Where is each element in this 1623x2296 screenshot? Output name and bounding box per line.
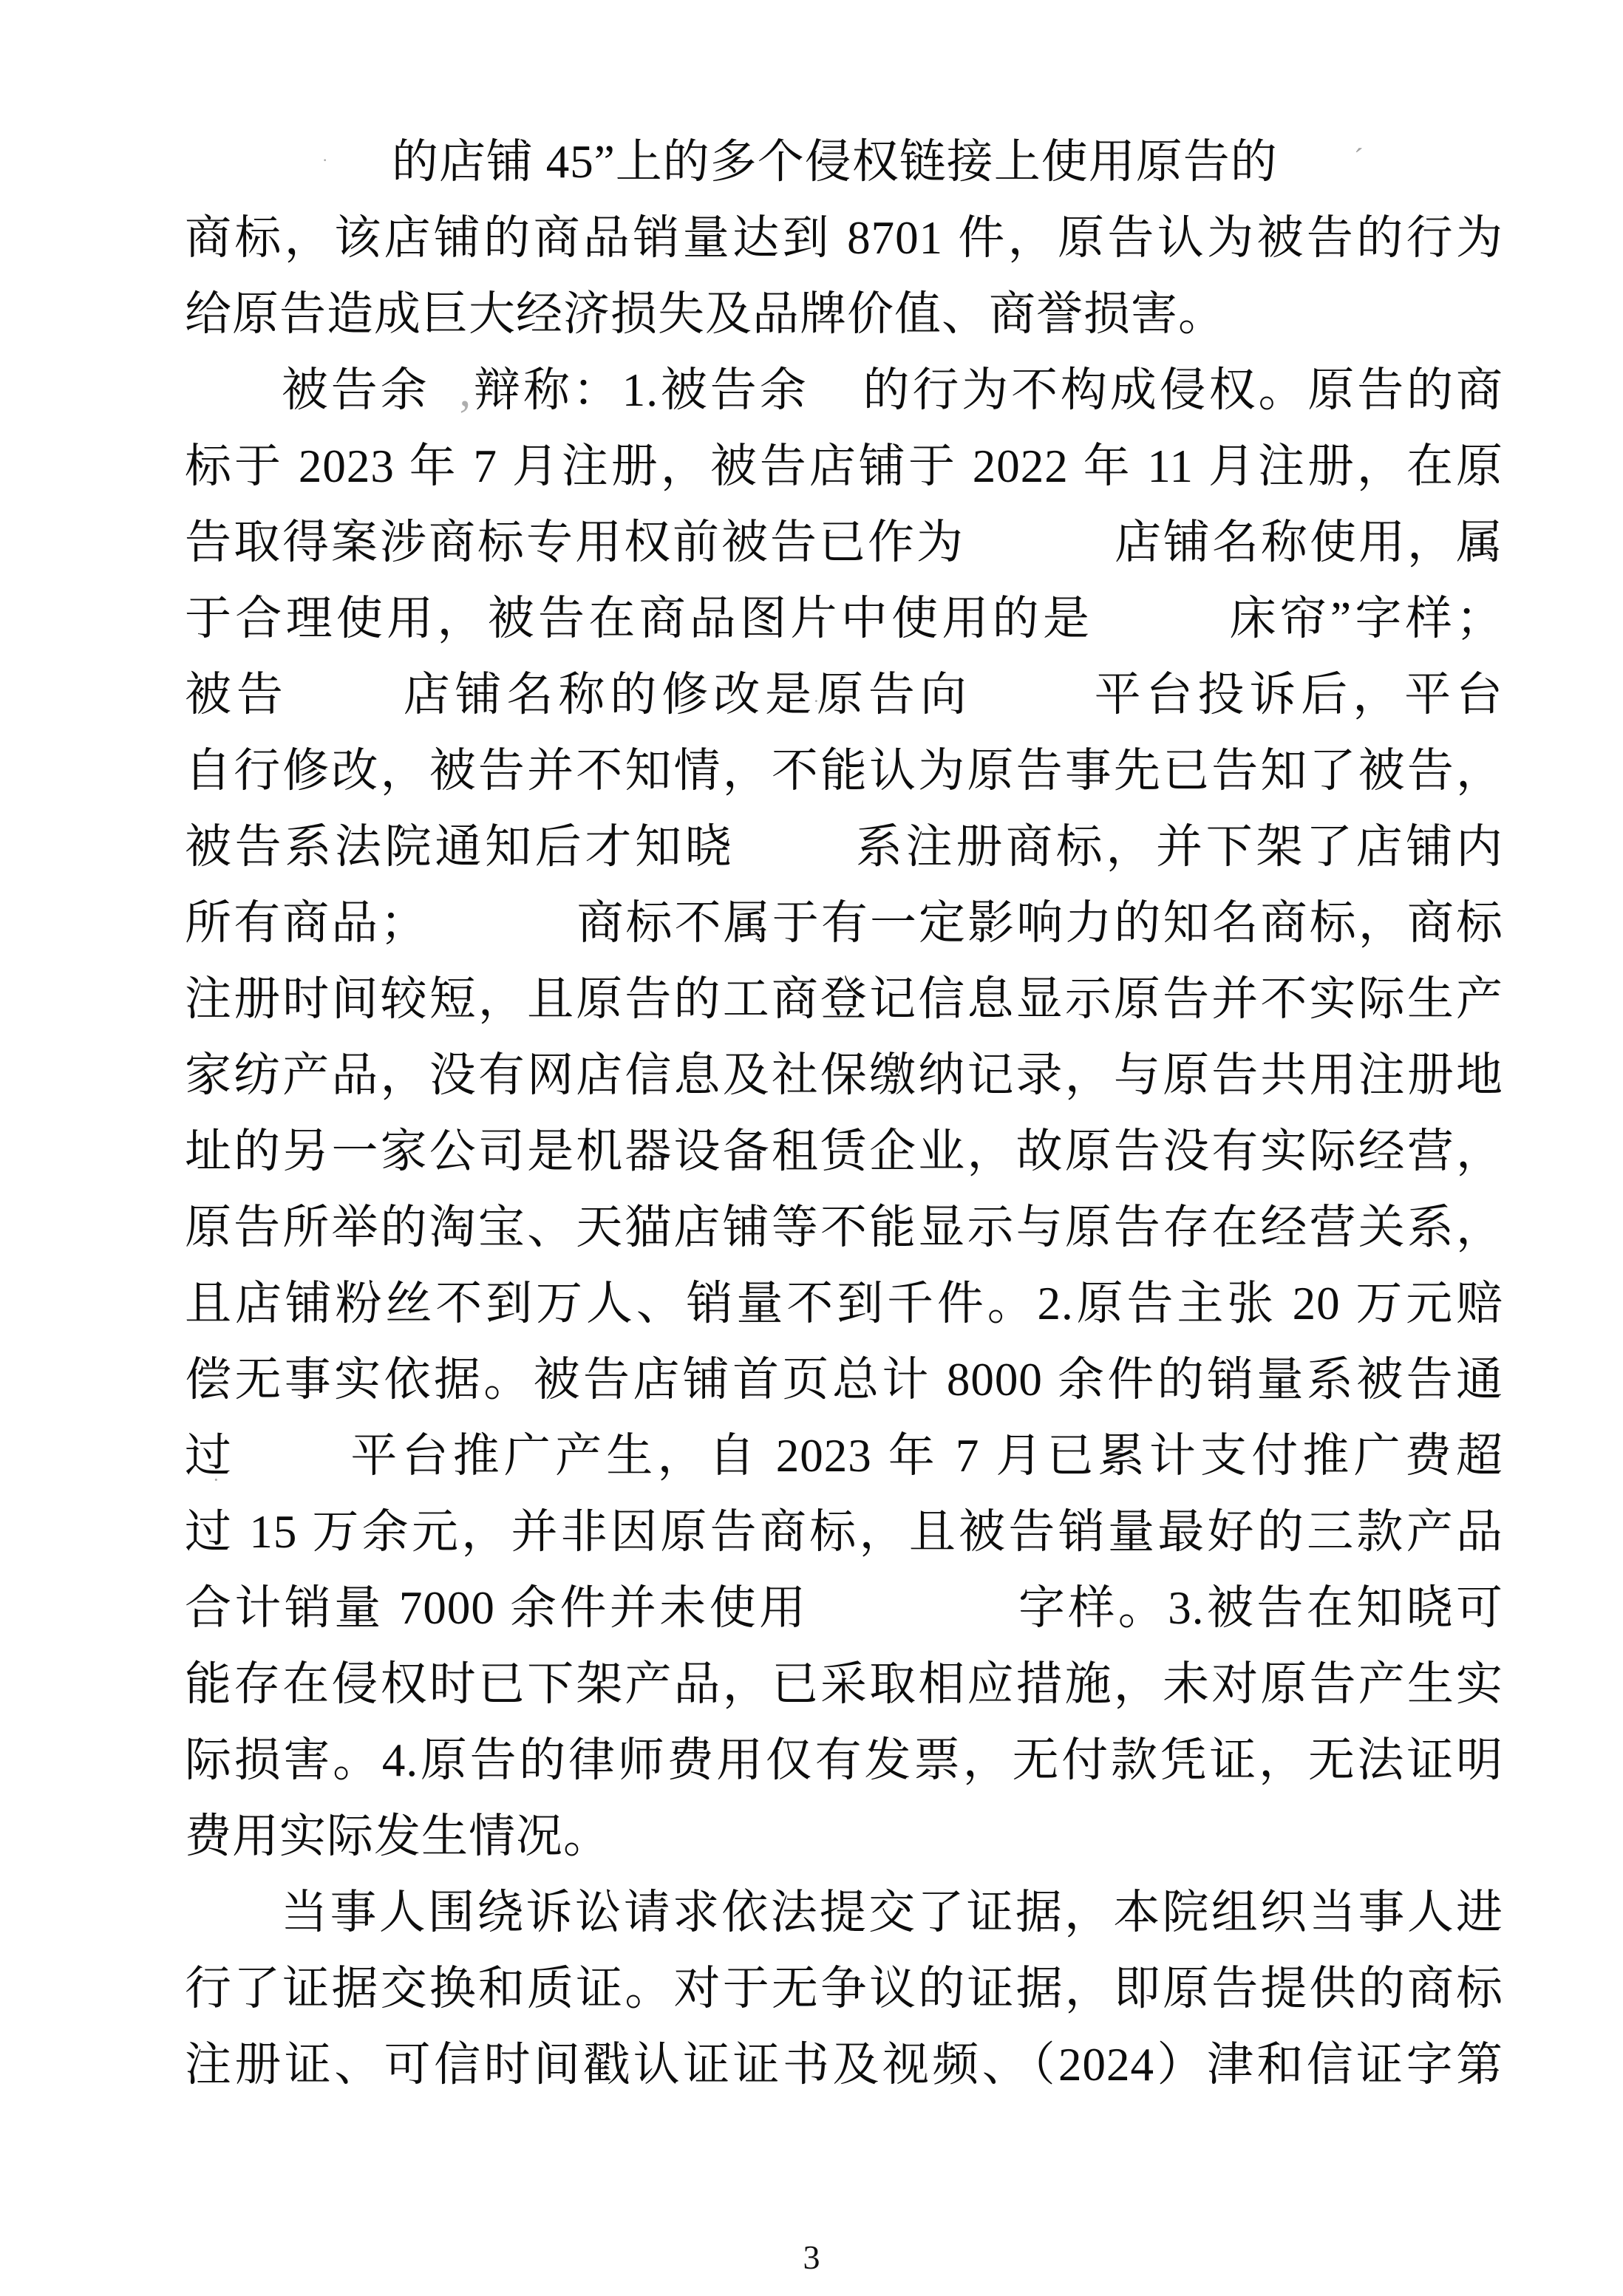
text-line: 于合理使用，被告在商品图片中使用的是床帘”字样； (185, 581, 1503, 657)
redaction-gap (809, 400, 861, 406)
text-segment: 注册时间较短，且原告的工商登记信息显示原告并不实际生产 (185, 973, 1503, 1025)
text-segment: 平台投诉后，平台 (1090, 669, 1503, 721)
text-segment: 标于 2023 年 7 月注册，被告店铺于 2022 年 11 月注册，在原 (185, 440, 1503, 492)
text-line: 过平台推广产生，自 2023 年 7 月已累计支付推广费超 (185, 1418, 1503, 1494)
text-segment: 家纺产品，没有网店信息及社保缴纳记录，与原告共用注册地 (185, 1049, 1503, 1101)
redaction-gap (809, 1618, 1016, 1624)
text-segment: 被告余 (279, 364, 430, 416)
text-segment: 过 (185, 1430, 236, 1482)
faint-mark: , (460, 364, 472, 416)
text-line: 所有商品；商标不属于有一定影响力的知名商标，商标 (185, 885, 1503, 961)
text-segment: 自行修改，被告并不知情，不能认为原告事先已告知了被告， (185, 745, 1503, 797)
text-line: 被告系法院通知后才知晓系注册商标，并下架了店铺内 (185, 809, 1503, 885)
text-line: 家纺产品，没有网店信息及社保缴纳记录，与原告共用注册地 (185, 1038, 1503, 1114)
text-line: 当事人围绕诉讼请求依法提交了证据，本院组织当事人进 (185, 1875, 1503, 1951)
text-segment: 址的另一家公司是机器设备租赁企业，故原告没有实际经营， (185, 1125, 1503, 1177)
text-segment: 且店铺粉丝不到万人、销量不到千件。2.原告主张 20 万元赔 (185, 1278, 1503, 1329)
redaction-gap (185, 400, 279, 406)
text-segment: 当事人围绕诉讼请求依法提交了证据，本院组织当事人进 (279, 1887, 1503, 1938)
scan-artifact: ˊ (1354, 145, 1364, 173)
judgment-page: 的店铺 45”上的多个侵权链接上使用原告的商标，该店铺的商品销量达到 8701 … (0, 0, 1623, 2296)
redaction-gap (430, 400, 460, 406)
redaction-gap (236, 1465, 347, 1471)
text-line: 给原告造成巨大经济损失及品牌价值、商誉损害。 (185, 276, 1503, 352)
scan-artifact: · (322, 152, 327, 168)
text-segment: 告取得案涉商标专用权前被告已作为 (185, 517, 965, 568)
text-line: 合计销量 7000 余件并未使用字样。3.被告在知晓可 (185, 1570, 1503, 1646)
redaction-gap (185, 1922, 279, 1928)
redaction-gap (735, 856, 853, 862)
text-segment: 际损害。4.原告的律师费用仅有发票，无付款凭证，无法证明 (185, 1734, 1503, 1786)
text-line: 行了证据交换和质证。对于无争议的证据，即原告提供的商标 (185, 1951, 1503, 2027)
text-segment: 注册证、可信时间戳认证证书及视频、（2024）津和信证字第 (185, 2039, 1503, 2091)
page-number: 3 (0, 2238, 1623, 2277)
text-line: 注册证、可信时间戳认证证书及视频、（2024）津和信证字第 (185, 2027, 1503, 2103)
text-segment: 被告系法院通知后才知晓 (185, 821, 735, 873)
text-segment: 辩称：1.被告余 (472, 364, 809, 416)
text-line: 的店铺 45”上的多个侵权链接上使用原告的 (185, 124, 1503, 200)
text-segment: 店铺名称使用，属 (1113, 517, 1503, 568)
text-segment: 费用实际发生情况。 (185, 1810, 610, 1862)
text-segment: 行了证据交换和质证。对于无争议的证据，即原告提供的商标 (185, 1963, 1503, 2014)
text-segment: 偿无事实依据。被告店铺首页总计 8000 余件的销量系被告通 (185, 1354, 1503, 1406)
text-segment: 给原告造成巨大经济损失及品牌价值、商誉损害。 (185, 288, 1225, 340)
text-segment: 店铺名称的修改是原告向 (399, 669, 972, 721)
text-line: 能存在侵权时已下架产品，已采取相应措施，未对原告产生实 (185, 1646, 1503, 1723)
text-segment: 商标，该店铺的商品销量达到 8701 件，原告认为被告的行为 (185, 212, 1503, 264)
text-segment: 商标不属于有一定影响力的知名商标，商标 (575, 897, 1503, 949)
text-line: 且店铺粉丝不到万人、销量不到千件。2.原告主张 20 万元赔 (185, 1266, 1503, 1342)
judgment-text-block: 的店铺 45”上的多个侵权链接上使用原告的商标，该店铺的商品销量达到 8701 … (185, 124, 1503, 2103)
text-line: 标于 2023 年 7 月注册，被告店铺于 2022 年 11 月注册，在原 (185, 429, 1503, 505)
text-line: 被告余,辩称：1.被告余的行为不构成侵权。原告的商 (185, 352, 1503, 429)
text-segment: 的店铺 45”上的多个侵权链接上使用原告的 (392, 136, 1278, 188)
text-line: 被告店铺名称的修改是原告向平台投诉后，平台 (185, 657, 1503, 733)
text-line: 际损害。4.原告的律师费用仅有发票，无付款凭证，无法证明 (185, 1723, 1503, 1799)
redaction-gap (427, 933, 575, 939)
redaction-gap (185, 171, 392, 177)
text-line: 注册时间较短，且原告的工商登记信息显示原告并不实际生产 (185, 961, 1503, 1038)
text-segment: 平台推广产生，自 2023 年 7 月已累计支付推广费超 (347, 1430, 1503, 1482)
text-line: 告取得案涉商标专用权前被告已作为店铺名称使用，属 (185, 505, 1503, 581)
text-line: 址的另一家公司是机器设备租赁企业，故原告没有实际经营， (185, 1114, 1503, 1190)
text-line: 原告所举的淘宝、天猫店铺等不能显示与原告存在经营关系， (185, 1190, 1503, 1266)
text-segment: 的行为不构成侵权。原告的商 (861, 364, 1503, 416)
redaction-gap (972, 704, 1090, 710)
text-segment: 床帘”字样； (1226, 593, 1503, 644)
text-line: 过 15 万余元，并非因原告商标，且被告销量最好的三款产品 (185, 1494, 1503, 1570)
text-segment: 原告所举的淘宝、天猫店铺等不能显示与原告存在经营关系， (185, 1202, 1503, 1253)
text-segment: 字样。3.被告在知晓可 (1016, 1582, 1503, 1634)
text-segment: 过 15 万余元，并非因原告商标，且被告销量最好的三款产品 (185, 1506, 1503, 1558)
redaction-gap (965, 552, 1113, 558)
text-segment: 被告 (185, 669, 288, 721)
text-segment: 能存在侵权时已下架产品，已采取相应措施，未对原告产生实 (185, 1658, 1503, 1710)
redaction-gap (288, 704, 399, 710)
text-line: 偿无事实依据。被告店铺首页总计 8000 余件的销量系被告通 (185, 1342, 1503, 1418)
scan-artifact: ˙˙ (813, 698, 826, 717)
text-segment: 所有商品； (185, 897, 427, 949)
redaction-gap (1093, 628, 1226, 634)
scan-artifact: · (213, 1471, 220, 1490)
text-segment: 于合理使用，被告在商品图片中使用的是 (185, 593, 1093, 644)
text-line: 费用实际发生情况。 (185, 1799, 1503, 1875)
text-line: 自行修改，被告并不知情，不能认为原告事先已告知了被告， (185, 733, 1503, 809)
text-line: 商标，该店铺的商品销量达到 8701 件，原告认为被告的行为 (185, 200, 1503, 276)
text-segment: 系注册商标，并下架了店铺内 (853, 821, 1503, 873)
text-segment: 合计销量 7000 余件并未使用 (185, 1582, 809, 1634)
